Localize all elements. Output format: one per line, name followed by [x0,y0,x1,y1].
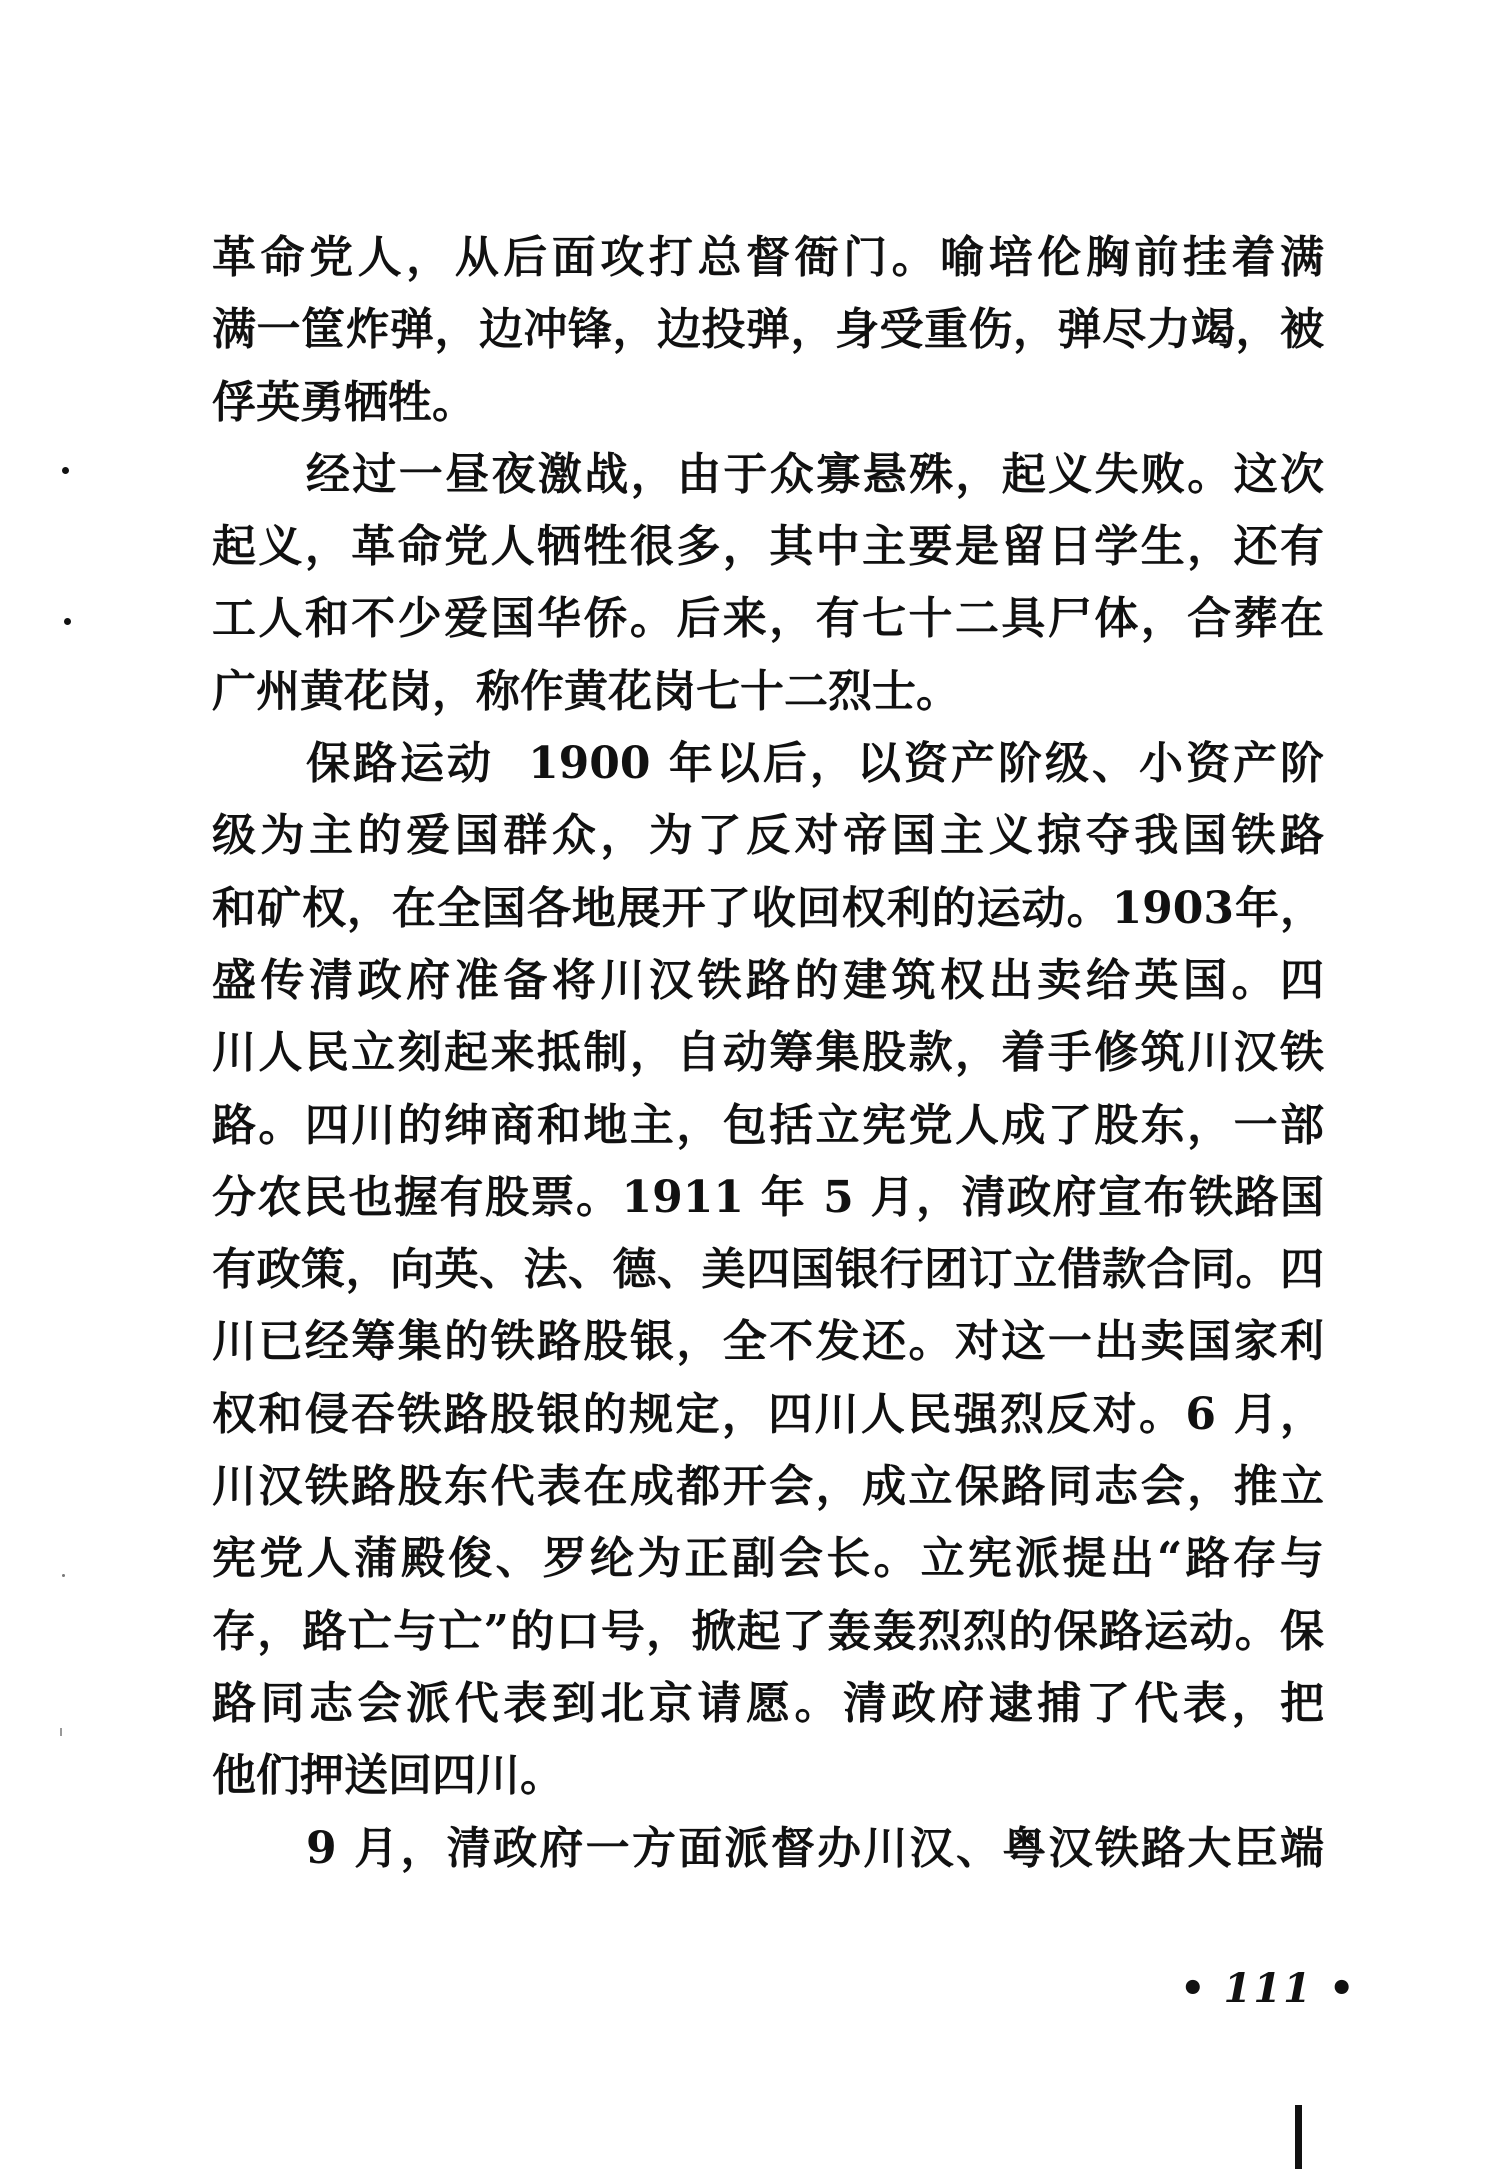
body-text: 革命党人，从后面攻打总督衙门。喻培伦胸前挂着满 满一筐炸弹，边冲锋，边投弹，身受… [212,222,1324,1885]
text-line: 起义，革命党人牺牲很多，其中主要是留日学生，还有 [212,511,1324,583]
text-line: 宪党人蒲殿俊、罗纶为正副会长。立宪派提出“路存与 [212,1523,1324,1595]
text-line: 盛传清政府准备将川汉铁路的建筑权出卖给英国。四 [212,945,1324,1017]
text-line: 级为主的爱国群众，为了反对帝国主义掠夺我国铁路 [212,800,1324,872]
text-line: 存，路亡与亡”的口号，掀起了轰轰烈烈的保路运动。保 [212,1596,1324,1668]
text-line: 广州黄花岗，称作黄花岗七十二烈士。 [212,656,1324,728]
page-number: • 111 • [1180,1965,1356,2012]
text-line: 川已经筹集的铁路股银，全不发还。对这一出卖国家利 [212,1306,1324,1378]
text-line: 分农民也握有股票。1911 年 5 月，清政府宣布铁路国 [212,1162,1324,1234]
margin-speck-mark [60,1728,62,1736]
text-line: 有政策，向英、法、德、美四国银行团订立借款合同。四 [212,1234,1324,1306]
text-line: 路。四川的绅商和地主，包括立宪党人成了股东，一部 [212,1090,1324,1162]
text-line: 工人和不少爱国华侨。后来，有七十二具尸体，合葬在 [212,583,1324,655]
text-line: 经过一昼夜激战，由于众寡悬殊，起义失败。这次 [212,439,1324,511]
text-line: 权和侵吞铁路股银的规定，四川人民强烈反对。6 月， [212,1379,1324,1451]
book-page: 革命党人，从后面攻打总督衙门。喻培伦胸前挂着满 满一筐炸弹，边冲锋，边投弹，身受… [0,0,1500,2169]
text-line: 他们押送回四川。 [212,1740,1324,1812]
margin-dot-mark [64,618,71,625]
text-line: 和矿权，在全国各地展开了收回权利的运动。1903年， [212,873,1324,945]
text-line: 1900 年以后，以资产阶级、小资产阶 [528,738,1324,789]
section-heading: 保路运动 [306,738,494,789]
section-heading-line: 保路运动1900 年以后，以资产阶级、小资产阶 [212,728,1324,800]
text-line: 俘英勇牺牲。 [212,367,1324,439]
text-line: 革命党人，从后面攻打总督衙门。喻培伦胸前挂着满 [212,222,1324,294]
text-line: 川汉铁路股东代表在成都开会，成立保路同志会，推立 [212,1451,1324,1523]
text-line: 川人民立刻起来抵制，自动筹集股款，着手修筑川汉铁 [212,1017,1324,1089]
text-line: 满一筐炸弹，边冲锋，边投弹，身受重伤，弹尽力竭，被 [212,294,1324,366]
margin-speck-mark [62,1574,65,1577]
text-line: 9 月，清政府一方面派督办川汉、粤汉铁路大臣端 [212,1813,1324,1885]
text-line: 路同志会派代表到北京请愿。清政府逮捕了代表，把 [212,1668,1324,1740]
margin-dot-mark [62,467,69,474]
scan-binding-mark [1295,2105,1302,2169]
